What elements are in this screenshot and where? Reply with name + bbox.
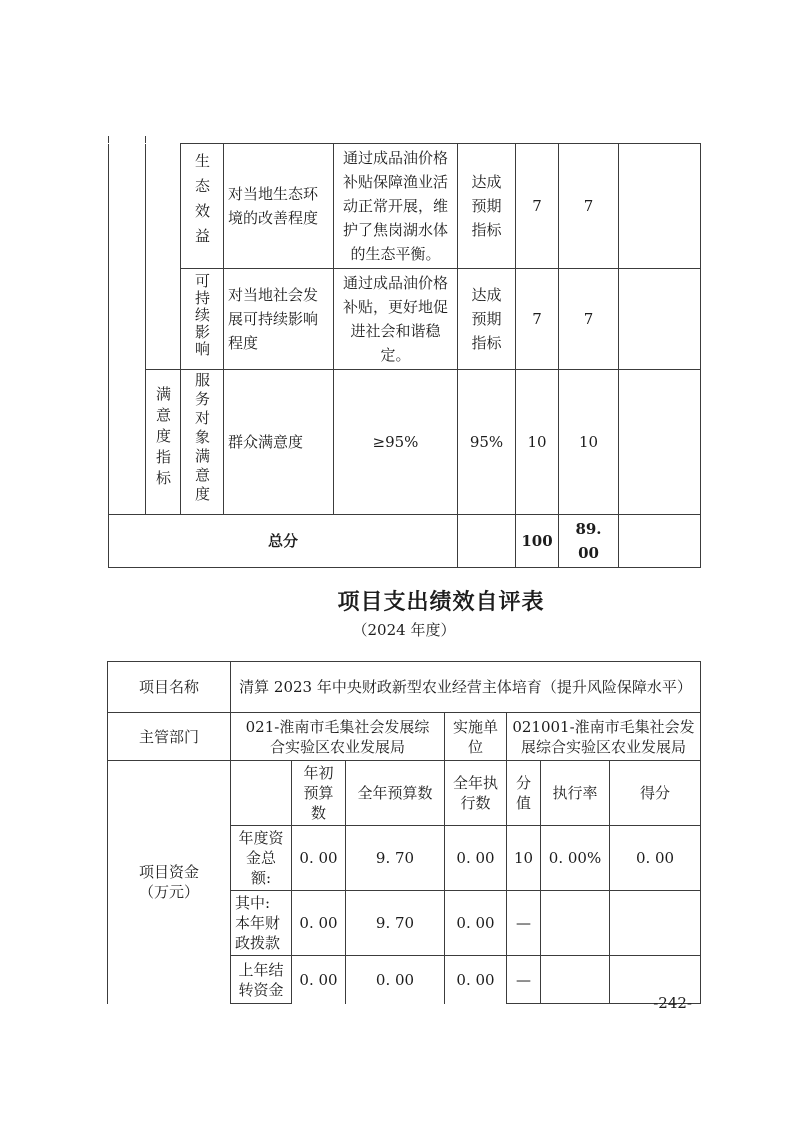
department-row: 主管部门 021-淮南市毛集社会发展综 合实验区农业发展局 实施单 位 0210…: [108, 713, 701, 761]
department-label-cell: 主管部门: [108, 713, 231, 761]
col-header-initial-budget: 年初 预算 数: [292, 761, 346, 826]
score-row-sustain: 可持续影响 对当地社会发 展可持续影响 程度 通过成品油价格 补贴，更好地促 进…: [109, 269, 701, 370]
project-name-row: 项目名称 清算 2023 年中央财政新型农业经营主体培育（提升风险保障水平）: [108, 662, 701, 713]
total-row: 总分 100 89. 00: [109, 515, 701, 568]
score-row-eco: 生态效益 对当地生态环 境的改善程度 通过成品油价格 补贴保障渔业活 动正常开展…: [109, 144, 701, 269]
project-name-value-cell: 清算 2023 年中央财政新型农业经营主体培育（提升风险保障水平）: [231, 662, 701, 713]
actual-value-cell: 达成 预期 指标: [458, 269, 516, 370]
execution-rate-cell: 0. 00%: [541, 826, 610, 891]
department-value-cell: 021-淮南市毛集社会发展综 合实验区农业发展局: [231, 713, 445, 761]
points-cell: 7: [516, 144, 559, 269]
total-score-cell: 89. 00: [559, 515, 619, 568]
funds-group-label-cell: 项目资金 （万元）: [108, 761, 231, 1004]
score-cell: [610, 891, 701, 956]
points-cell: 10: [516, 370, 559, 515]
table-continuation-line: [108, 136, 109, 143]
target-value-cell: 通过成品油价格 补贴保障渔业活 动正常开展，维 护了焦岗湖水体 的生态平衡。: [334, 144, 458, 269]
score-cell: 7: [559, 269, 619, 370]
continued-group-cell: [109, 144, 146, 515]
group-vertical-label: 满意度指标: [151, 386, 175, 491]
total-points-cell: 100: [516, 515, 559, 568]
total-label-cell: 总分: [109, 515, 458, 568]
category-cell: 可持续影响: [181, 269, 224, 370]
project-name-label-cell: 项目名称: [108, 662, 231, 713]
group-cell: 满意度指标: [146, 370, 181, 515]
indicator-name-cell: 对当地生态环 境的改善程度: [224, 144, 334, 269]
continued-subgroup-cell: [146, 144, 181, 370]
section-subtitle: （2024 年度）: [0, 619, 794, 640]
target-value-cell: 通过成品油价格 补贴，更好地促 进社会和谐稳 定。: [334, 269, 458, 370]
actual-value-cell: 95%: [458, 370, 516, 515]
initial-budget-cell: 0. 00: [292, 826, 346, 891]
table-continuation-line: [145, 136, 146, 143]
remark-cell: [619, 269, 701, 370]
annual-execution-cell: 0. 00: [445, 891, 507, 956]
annual-budget-cell: 9. 70: [346, 826, 445, 891]
target-value-cell: ≥95%: [334, 370, 458, 515]
score-cell: 10: [559, 370, 619, 515]
funds-subheader-blank-cell: [231, 761, 292, 826]
score-cell: 0. 00: [610, 826, 701, 891]
initial-budget-cell: 0. 00: [292, 891, 346, 956]
execution-rate-cell: [541, 891, 610, 956]
remark-cell: [619, 370, 701, 515]
indicator-name-cell: 群众满意度: [224, 370, 334, 515]
col-header-points: 分 值: [507, 761, 541, 826]
category-cell: 生态效益: [181, 144, 224, 269]
self-evaluation-table: 项目名称 清算 2023 年中央财政新型农业经营主体培育（提升风险保障水平） 主…: [107, 661, 701, 1004]
points-cell: 7: [516, 269, 559, 370]
indicator-name-cell: 对当地社会发 展可持续影响 程度: [224, 269, 334, 370]
page-number: -242-: [0, 994, 692, 1012]
points-cell: 10: [507, 826, 541, 891]
fund-row-label-cell: 其中: 本年财 政拨款: [231, 891, 292, 956]
score-row-satisfaction: 满意度指标 服务对象满意度 群众满意度 ≥95% 95% 10 10: [109, 370, 701, 515]
total-remark-cell: [619, 515, 701, 568]
impl-unit-label-cell: 实施单 位: [445, 713, 507, 761]
score-cell: 7: [559, 144, 619, 269]
category-vertical-label: 生态效益: [190, 153, 214, 253]
section-title: 项目支出绩效自评表: [0, 585, 794, 616]
funds-header-row: 项目资金 （万元） 年初 预算 数 全年预算数 全年执 行数 分 值 执行率 得…: [108, 761, 701, 826]
fund-row-label-cell: 年度资 金总 额:: [231, 826, 292, 891]
category-vertical-label: 服务对象满意度: [190, 372, 214, 505]
annual-budget-cell: 9. 70: [346, 891, 445, 956]
col-header-annual-budget: 全年预算数: [346, 761, 445, 826]
document-page: { "page_number": "-242-", "title": "项目支出…: [0, 0, 794, 1122]
performance-score-table: 生态效益 对当地生态环 境的改善程度 通过成品油价格 补贴保障渔业活 动正常开展…: [108, 143, 701, 568]
actual-value-cell: 达成 预期 指标: [458, 144, 516, 269]
annual-execution-cell: 0. 00: [445, 826, 507, 891]
col-header-annual-execution: 全年执 行数: [445, 761, 507, 826]
col-header-execution-rate: 执行率: [541, 761, 610, 826]
points-cell: —: [507, 891, 541, 956]
impl-unit-value-cell: 021001-淮南市毛集社会发 展综合实验区农业发展局: [507, 713, 701, 761]
category-cell: 服务对象满意度: [181, 370, 224, 515]
category-vertical-label: 可持续影响: [190, 273, 214, 358]
total-blank-cell: [458, 515, 516, 568]
col-header-score: 得分: [610, 761, 701, 826]
remark-cell: [619, 144, 701, 269]
